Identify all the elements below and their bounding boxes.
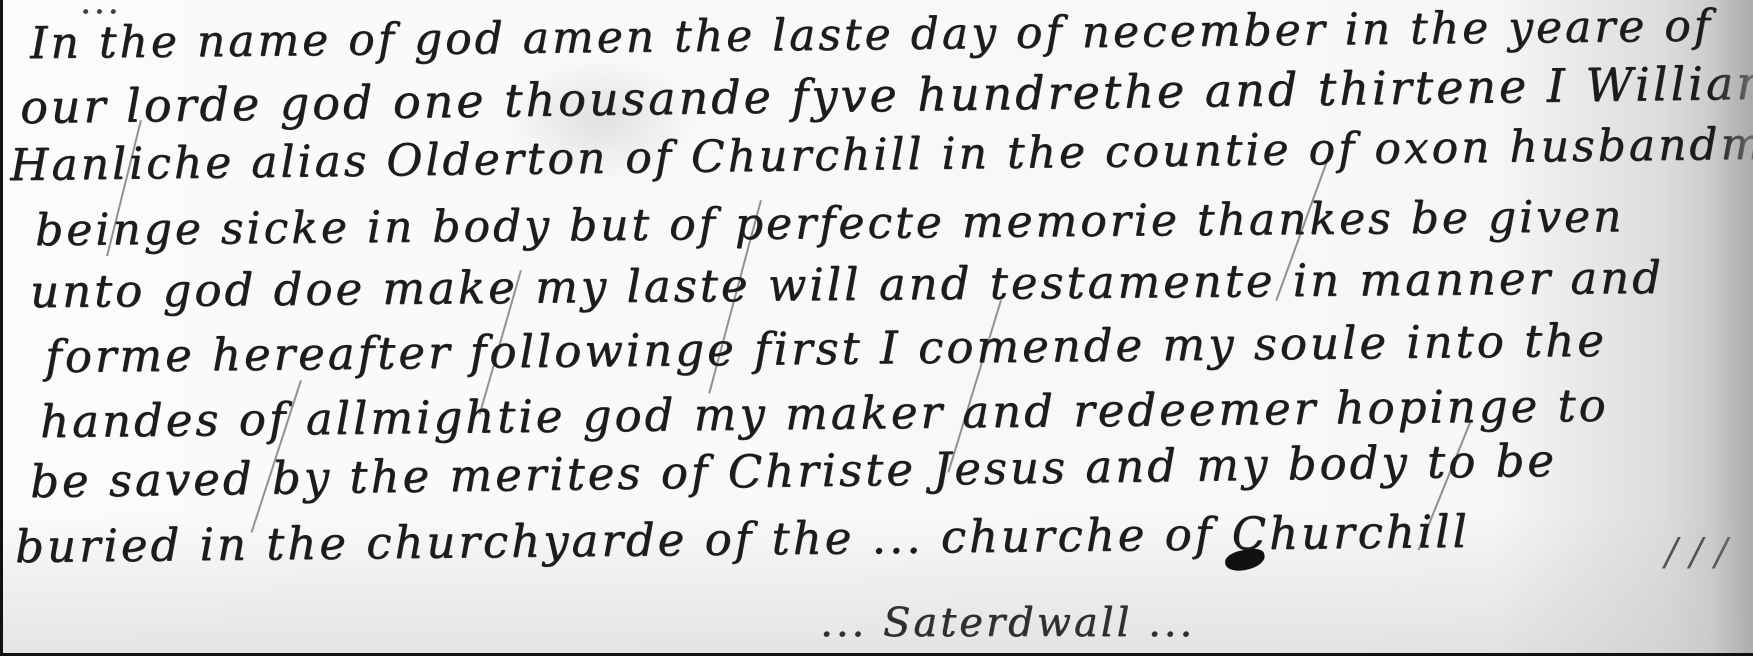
text-line-5: unto god doe make my laste will and test… bbox=[30, 251, 1664, 318]
page-edge-shadow bbox=[1713, 0, 1753, 656]
text-line-10: ... Saterdwall ... bbox=[820, 600, 1195, 646]
text-line-4: beinge sicke in body but of perfecte mem… bbox=[35, 191, 1625, 256]
scan-border-left bbox=[0, 0, 3, 656]
text-line-6: forme hereafter followinge first I comen… bbox=[45, 314, 1607, 383]
text-line-1: In the name of god amen the laste day of… bbox=[30, 0, 1713, 69]
manuscript-scan: ... In the name of god amen the laste da… bbox=[0, 0, 1753, 656]
